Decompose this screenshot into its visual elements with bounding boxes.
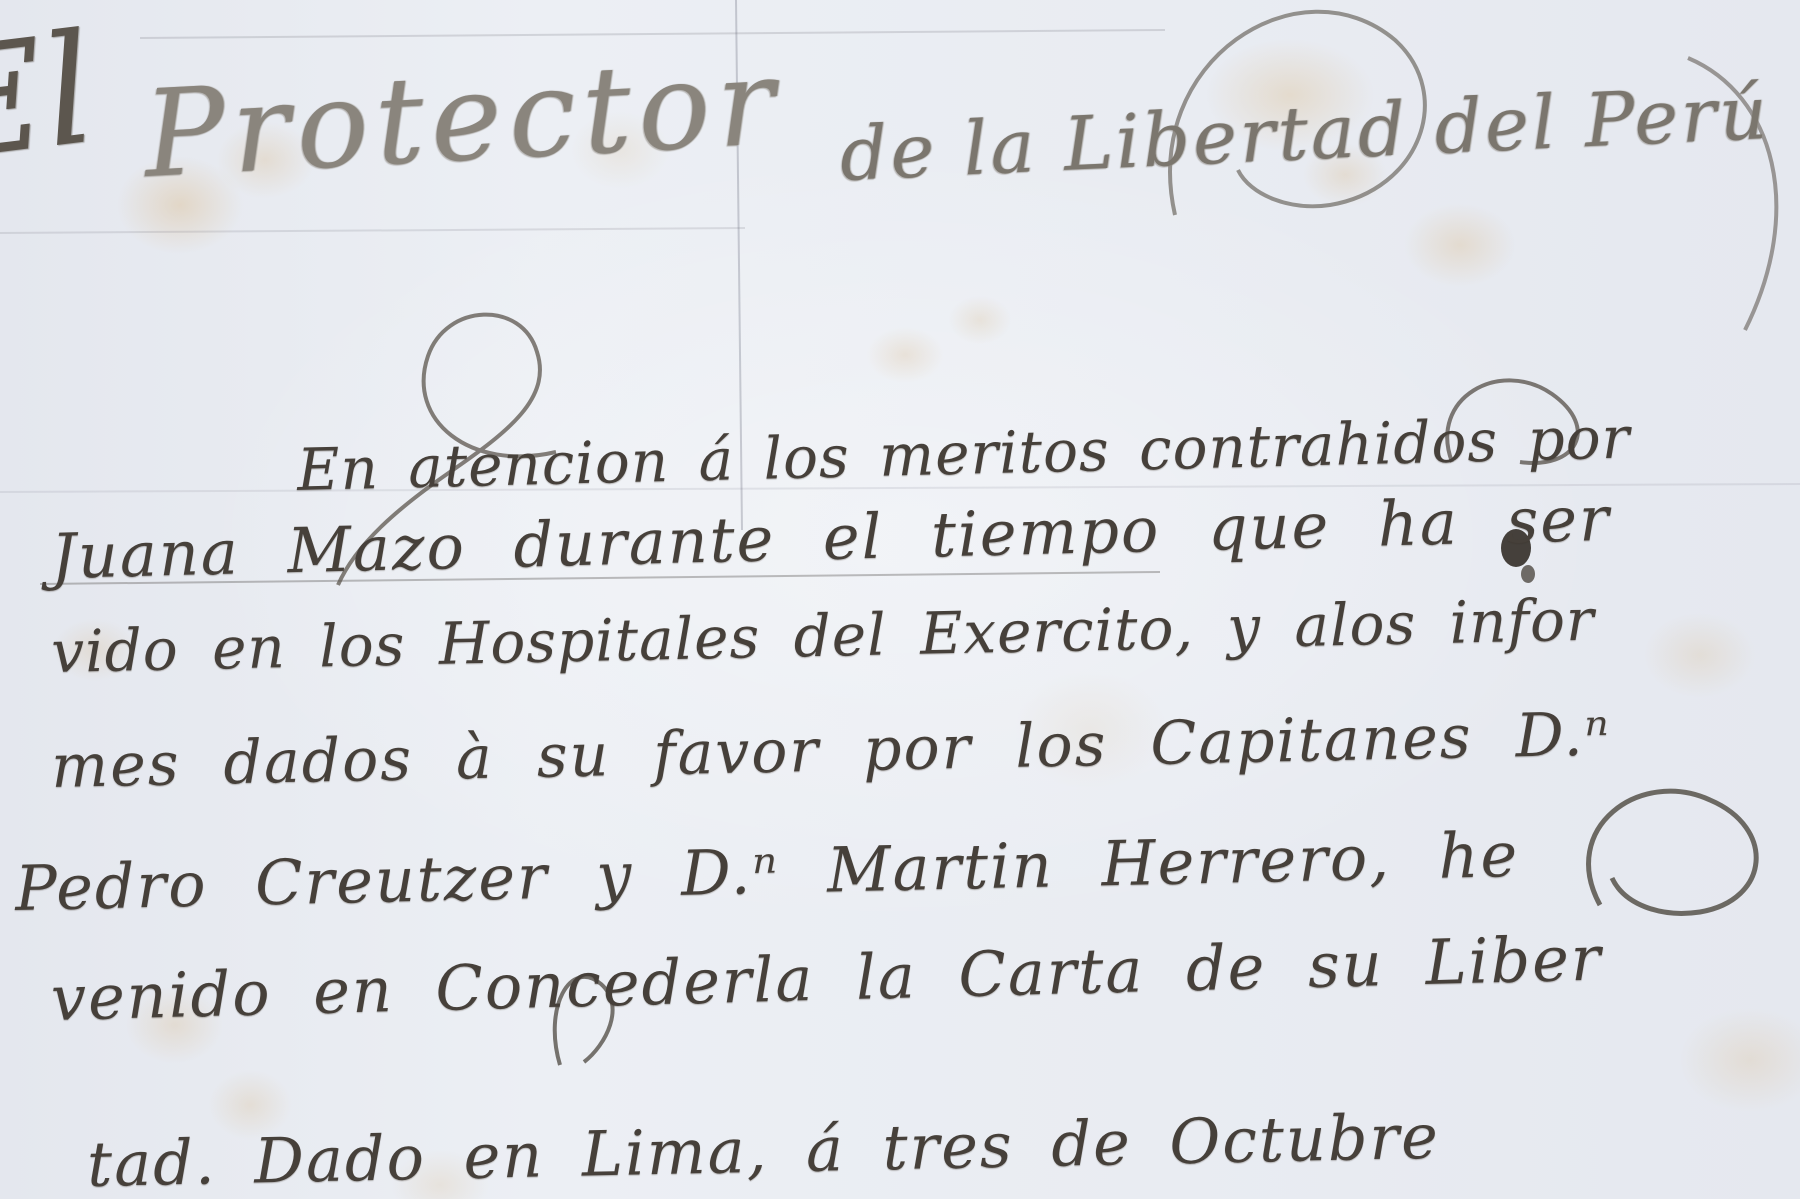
flourish-capital-d-line4 <box>1589 791 1757 913</box>
fold-crease-horizontal-top <box>140 30 1165 38</box>
body-line-2: Juana Mazo durante el tiempo que ha ser <box>50 482 1611 593</box>
body-line-7: tad. Dado en Lima, á tres de Octubre <box>86 1100 1440 1199</box>
body-line-6: venido en Concederla la Carta de su Libe… <box>50 921 1603 1035</box>
header-title: Protector <box>141 33 785 205</box>
manuscript-photo: El Protector de la Libertad del Perú En … <box>0 0 1800 1199</box>
header-subtitle: de la Libertad del Perú <box>838 70 1772 198</box>
body-line-3: vido en los Hospitales del Exercito, y a… <box>51 586 1596 686</box>
body-line-5: Pedro Creutzer y D.ⁿ Martin Herrero, he <box>14 818 1520 925</box>
ink-blot-small <box>1521 565 1535 583</box>
body-line-4: mes dados à su favor por los Capitanes D… <box>51 699 1612 802</box>
fold-crease-horizontal-mid <box>0 228 745 233</box>
header-el: El <box>0 0 103 195</box>
